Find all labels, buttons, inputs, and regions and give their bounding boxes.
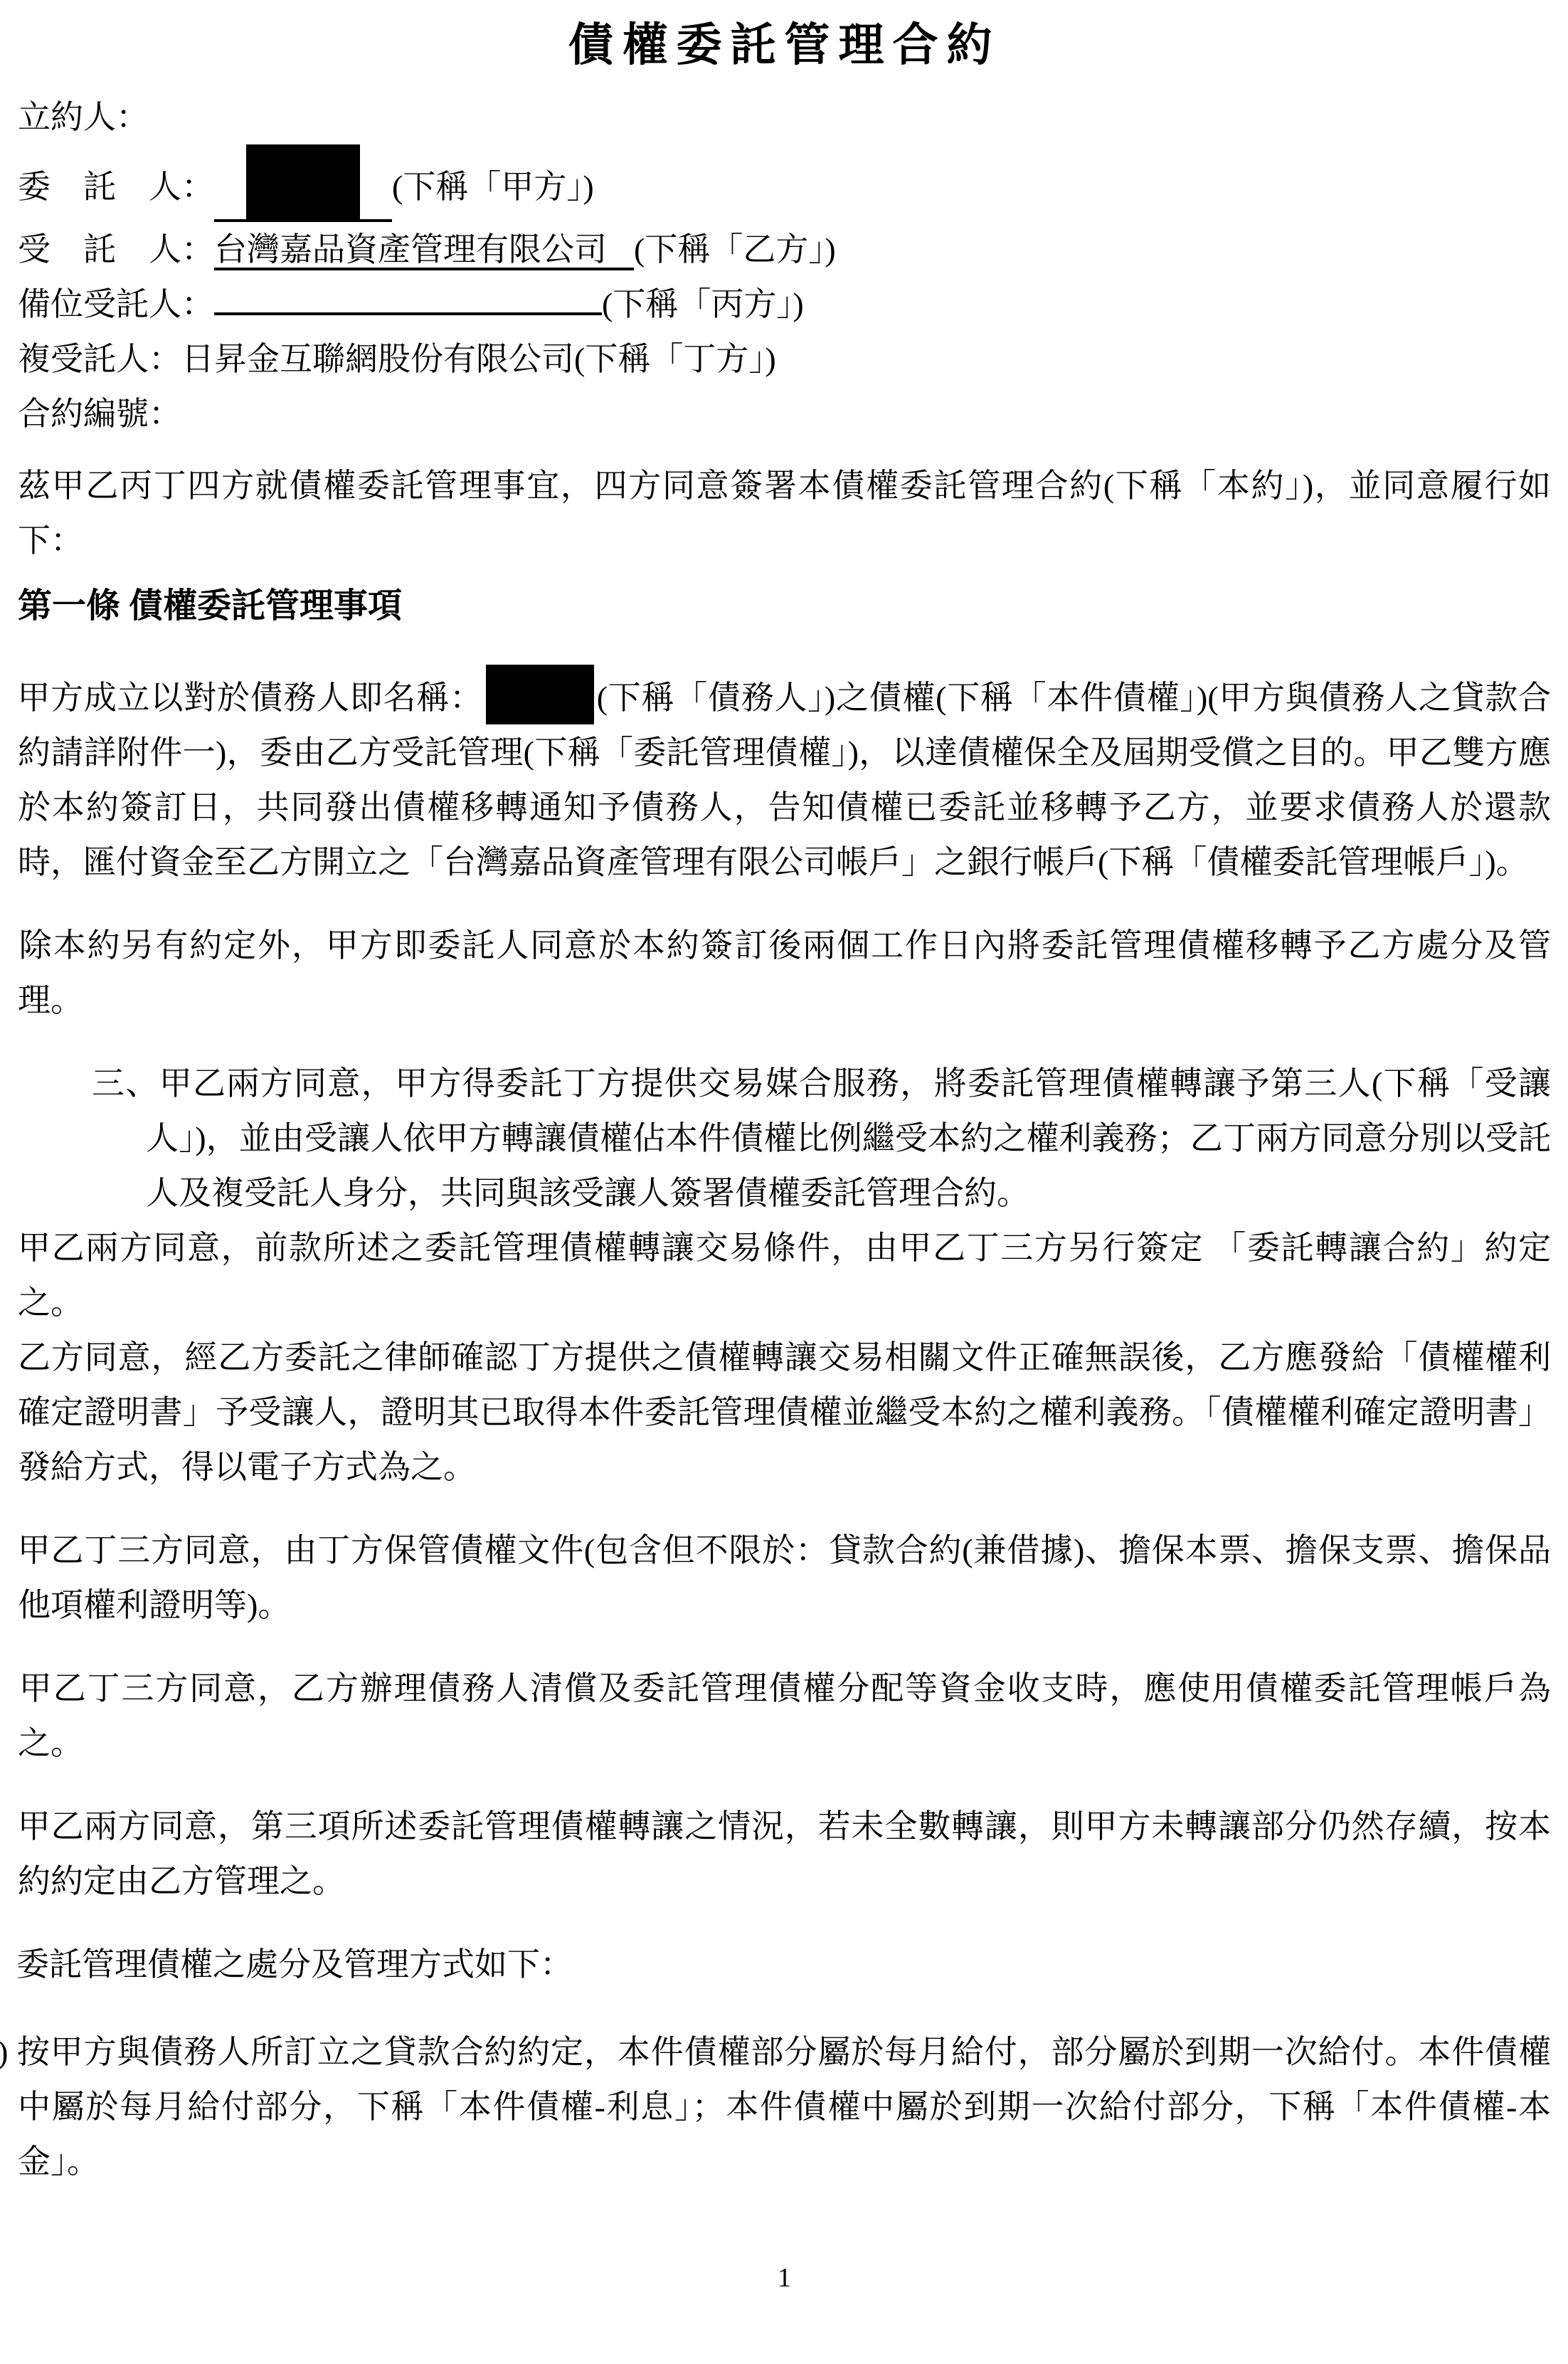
clause-6-marker: 六、 [0, 1808, 18, 1845]
clause-4-marker: 四、 [0, 1532, 18, 1568]
trustee-line: 受 託 人：台灣嘉品資產管理有限公司(下稱「乙方」) [18, 222, 1551, 277]
sub-trustee-line: 複受託人：日昇金互聯網股份有限公司(下稱「丁方」) [18, 332, 1551, 386]
contract-page: 債權委託管理合約 立約人： 委 託 人：(下稱「甲方」) 受 託 人：台灣嘉品資… [0, 0, 1568, 2364]
clause-7-marker: 七、 [0, 1946, 16, 1983]
clause-4: 四、甲乙丁三方同意，由丁方保管債權文件(包含但不限於：貸款合約(兼借據)、擔保本… [18, 1523, 1551, 1632]
clause-3-paragraph-1: 三、甲乙兩方同意，甲方得委託丁方提供交易媒合服務，將委託管理債權轉讓予第三人(下… [146, 1056, 1551, 1220]
trustee-name: 台灣嘉品資產管理有限公司 [214, 231, 634, 270]
clause-3-marker: 三、 [92, 1065, 159, 1102]
redaction-box [486, 665, 594, 724]
consignor-line: 委 託 人：(下稱「甲方」) [18, 144, 1551, 222]
trustee-label: 受 託 人： [18, 231, 214, 268]
sub-trustee-alias: (下稱「丁方」) [574, 341, 776, 377]
trustee-alias: (下稱「乙方」) [634, 231, 836, 268]
consignor-label: 委 託 人： [18, 169, 214, 205]
clause-2-paragraph: 二、除本約另有約定外，甲方即委託人同意於本約簽訂後兩個工作日內將委託管理債權移轉… [18, 918, 1551, 1028]
consignor-alias: (下稱「甲方」) [392, 169, 594, 205]
clause-5-marker: 五、 [0, 1670, 19, 1706]
clause-1-text-before: 甲方成立以對於債務人即名稱： [17, 680, 482, 716]
clause-6-paragraph: 六、甲乙兩方同意，第三項所述委託管理債權轉讓之情況，若未全數轉讓，則甲方未轉讓部… [18, 1799, 1551, 1909]
clause-1: 一、甲方成立以對於債務人即名稱：(下稱「債務人」)之債權(下稱「本件債權」)(甲… [18, 665, 1551, 890]
clause-7-paragraph: 七、委託管理債權之處分及管理方式如下： [18, 1937, 1551, 1992]
contract-number-label: 合約編號： [18, 396, 181, 432]
backup-trustee-label: 備位受託人： [18, 286, 214, 322]
consignor-name-field [214, 144, 392, 222]
preamble: 茲甲乙丙丁四方就債權委託管理事宜，四方同意簽署本債權委託管理合約(下稱「本約」)… [18, 458, 1551, 568]
contract-number-line: 合約編號： [18, 386, 1551, 441]
backup-trustee-alias: (下稱「丙方」) [602, 286, 804, 322]
page-number: 1 [18, 2260, 1551, 2296]
clause-3-text-1: 甲乙兩方同意，甲方得委託丁方提供交易媒合服務，將委託管理債權轉讓予第三人(下稱「… [146, 1065, 1551, 1211]
backup-trustee-name-blank [214, 304, 602, 315]
page-title: 債權委託管理合約 [18, 10, 1551, 81]
clause-1-marker: 一、 [0, 680, 17, 716]
clause-2: 二、除本約另有約定外，甲方即委託人同意於本約簽訂後兩個工作日內將委託管理債權移轉… [18, 918, 1551, 1028]
clause-5-text: 甲乙丁三方同意，乙方辦理債務人清償及委託管理債權分配等資金收支時，應使用債權委託… [18, 1670, 1551, 1761]
clause-7-sub-item-1-paragraph: (一) 按甲方與債務人所訂立之貸款合約約定，本件債權部分屬於每月給付，部分屬於到… [18, 2025, 1551, 2189]
clause-3-paragraph-3: 乙方同意，經乙方委託之律師確認丁方提供之債權轉讓交易相關文件正確無誤後，乙方應發… [18, 1330, 1551, 1494]
clause-7-sub-item-1-marker: (一) [0, 2034, 8, 2070]
clause-3-paragraph-2: 甲乙兩方同意，前款所述之委託管理債權轉讓交易條件，由甲乙丁三方另行簽定 「委託轉… [18, 1220, 1551, 1330]
clause-4-paragraph: 四、甲乙丁三方同意，由丁方保管債權文件(包含但不限於：貸款合約(兼借據)、擔保本… [18, 1523, 1551, 1632]
clause-4-text: 甲乙丁三方同意，由丁方保管債權文件(包含但不限於：貸款合約(兼借據)、擔保本票、… [18, 1532, 1551, 1623]
party-block: 立約人： 委 託 人：(下稱「甲方」) 受 託 人：台灣嘉品資產管理有限公司(下… [18, 90, 1551, 441]
clause-1-paragraph: 一、甲方成立以對於債務人即名稱：(下稱「債務人」)之債權(下稱「本件債權」)(甲… [18, 665, 1551, 890]
clause-7-text: 委託管理債權之處分及管理方式如下： [16, 1946, 573, 1983]
clause-6-text: 甲乙兩方同意，第三項所述委託管理債權轉讓之情況，若未全數轉讓，則甲方未轉讓部分仍… [18, 1808, 1551, 1899]
clause-5: 五、甲乙丁三方同意，乙方辦理債務人清償及委託管理債權分配等資金收支時，應使用債權… [18, 1661, 1551, 1771]
article1-heading: 第一條 債權委託管理事項 [18, 576, 1551, 636]
sub-trustee-label: 複受託人： [18, 341, 181, 377]
redaction-box [246, 144, 360, 219]
sub-trustee-name: 日昇金互聯網股份有限公司 [181, 341, 574, 377]
clause-3: 三、甲乙兩方同意，甲方得委託丁方提供交易媒合服務，將委託管理債權轉讓予第三人(下… [18, 1056, 1551, 1494]
clause-7: 七、委託管理債權之處分及管理方式如下： (一) 按甲方與債務人所訂立之貸款合約約… [18, 1937, 1551, 2189]
signatories-label: 立約人： [18, 99, 149, 135]
clause-5-paragraph: 五、甲乙丁三方同意，乙方辦理債務人清償及委託管理債權分配等資金收支時，應使用債權… [18, 1661, 1551, 1771]
backup-trustee-line: 備位受託人：(下稱「丙方」) [18, 277, 1551, 332]
clause-2-marker: 二、 [0, 927, 19, 964]
clause-7-sub-item-1-text: 按甲方與債務人所訂立之貸款合約約定，本件債權部分屬於每月給付，部分屬於到期一次給… [17, 2034, 1551, 2180]
clause-6: 六、甲乙兩方同意，第三項所述委託管理債權轉讓之情況，若未全數轉讓，則甲方未轉讓部… [18, 1799, 1551, 1909]
clause-2-text: 除本約另有約定外，甲方即委託人同意於本約簽訂後兩個工作日內將委託管理債權移轉予乙… [18, 927, 1551, 1018]
signatories-line: 立約人： [18, 90, 1551, 144]
clause-7-sub-item-1: (一) 按甲方與債務人所訂立之貸款合約約定，本件債權部分屬於每月給付，部分屬於到… [18, 2025, 1551, 2189]
